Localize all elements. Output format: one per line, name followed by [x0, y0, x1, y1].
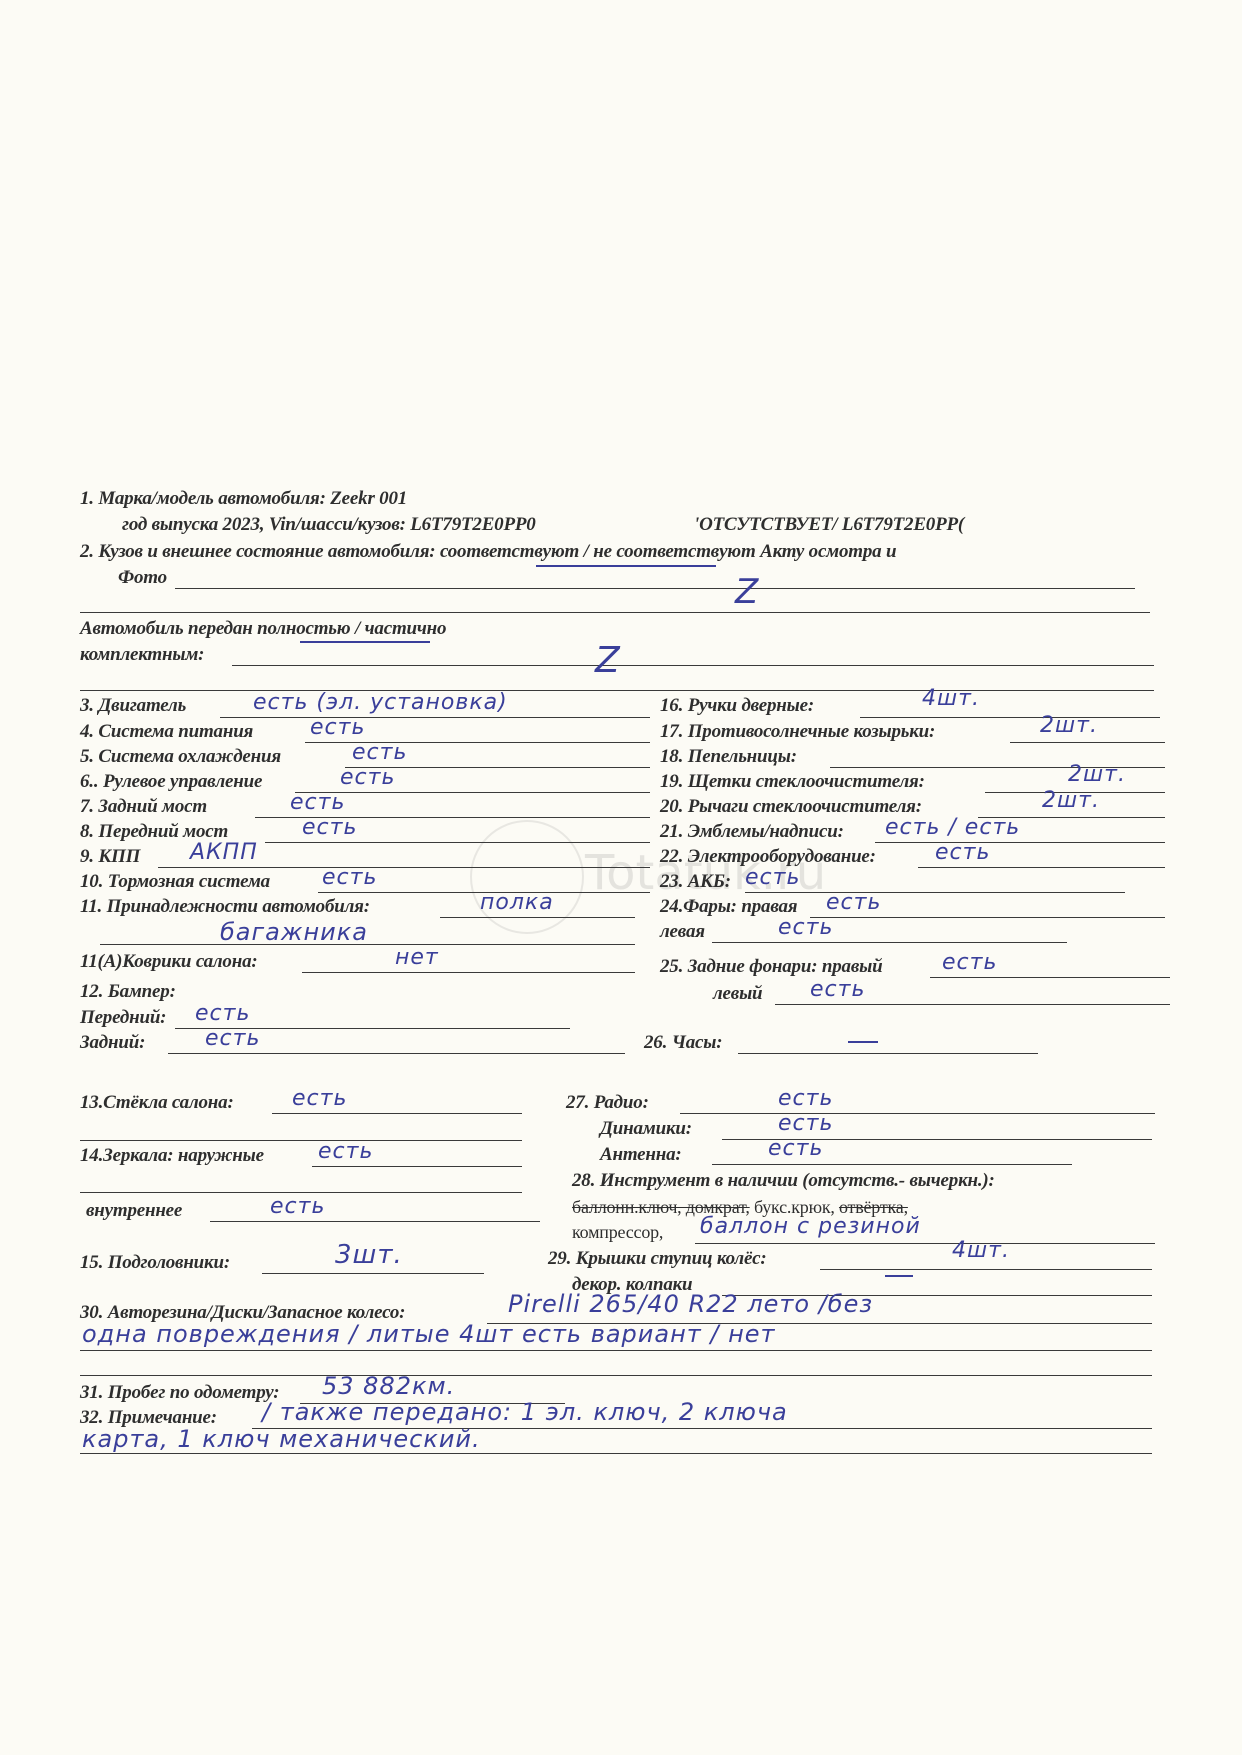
item-30-tires-value-2: одна повреждения / литые 4шт есть вариан…: [82, 1320, 776, 1348]
item-29-hubcaps: 29. Крышки ступиц колёс:: [548, 1248, 767, 1270]
item-16-door-handles: 16. Ручки дверные:: [660, 695, 814, 717]
item-11a-floor-mats-value: нет: [395, 945, 439, 970]
item-4-fuel-system: 4. Система питания: [80, 721, 253, 743]
item-1-vin-alt: 'ОТСУТСТВУЕТ/ L6T79T2E0PP(: [694, 514, 964, 536]
item-28-line: [695, 1243, 1155, 1244]
item-1-year-vin: год выпуска 2023, Vin/шасси/кузов: L6T79…: [122, 514, 536, 536]
item-14-mirrors-inner: внутреннее: [86, 1200, 182, 1222]
item-23-battery-value: есть: [745, 865, 800, 890]
item-23-battery: 23. АКБ:: [660, 871, 731, 893]
complete-line-2: [80, 690, 1154, 691]
item-14-mirrors-inner-value: есть: [270, 1194, 325, 1219]
item-13-line-2: [80, 1140, 522, 1141]
item-14-inner-line: [210, 1221, 540, 1222]
item-27-antenna: Антенна:: [600, 1144, 682, 1166]
item-5-cooling-system: 5. Система охлаждения: [80, 746, 281, 768]
item-19-wiper-blades: 19. Щетки стеклоочистителя:: [660, 771, 925, 793]
item-27-speakers: Динамики:: [600, 1118, 692, 1140]
item-24-right-line: [810, 917, 1165, 918]
item-9-gearbox: 9. КПП: [80, 846, 140, 868]
item-17-sun-visors-value: 2шт.: [1040, 713, 1098, 738]
item-23-line: [745, 892, 1125, 893]
item-31-odometer: 31. Пробег по одометру:: [80, 1382, 279, 1404]
item-31-odometer-value: 53 882км.: [322, 1372, 455, 1400]
item-22-line: [918, 867, 1165, 868]
item-12-rear-bumper-value: есть: [205, 1026, 260, 1051]
item-16-line: [860, 717, 1160, 718]
item-5-cooling-system-value: есть: [352, 740, 407, 765]
item-4-fuel-system-value: есть: [310, 715, 365, 740]
item-9-gearbox-value: АКПП: [190, 840, 258, 865]
item-17-sun-visors: 17. Противосолнечные козырьки:: [660, 721, 935, 743]
item-21-line: [875, 842, 1165, 843]
item-19-wiper-blades-value: 2шт.: [1068, 762, 1126, 787]
item-14-line-2: [80, 1192, 522, 1193]
complete-line: [232, 665, 1154, 666]
item-25-taillight-right: 25. Задние фонари: правый: [660, 956, 883, 978]
item-14-mirrors-outer: 14.Зеркала: наружные: [80, 1145, 264, 1167]
item-11-accessories-value: полка: [480, 890, 554, 915]
underline-full-ink: [300, 641, 430, 643]
foto-line-2: [80, 612, 1150, 613]
item-24-headlight-right-value: есть: [826, 890, 881, 915]
item-17-line: [1010, 742, 1165, 743]
item-3-line: [220, 717, 650, 718]
item-3-engine: 3. Двигатель: [80, 695, 186, 717]
item-11a-floor-mats: 11(А)Коврики салона:: [80, 951, 258, 973]
underline-conform-ink: [536, 565, 716, 567]
item-13-glass-value: есть: [292, 1086, 347, 1111]
item-1-make-model: 1. Марка/модель автомобиля: Zeekr 001: [80, 488, 407, 510]
item-32-line-2: [80, 1453, 1152, 1454]
item-14-outer-line: [312, 1166, 522, 1167]
item-13-line: [272, 1113, 522, 1114]
item-2-body-condition: 2. Кузов и внешнее состояние автомобиля:…: [80, 541, 896, 563]
item-30-tires-value-1: Pirelli 265/40 R22 лето /без: [508, 1290, 873, 1318]
item-32-note-value-1: / также передано: 1 эл. ключ, 2 ключа: [262, 1398, 788, 1426]
item-7-rear-axle: 7. Задний мост: [80, 796, 207, 818]
item-10-brakes-value: есть: [322, 865, 377, 890]
item-10-brakes: 10. Тормозная система: [80, 871, 270, 893]
item-6-steering-value: есть: [340, 765, 395, 790]
item-9-line: [158, 867, 650, 868]
item-29-line: [820, 1269, 1152, 1270]
item-8-front-axle-value: есть: [302, 815, 357, 840]
item-25-left-line: [775, 1004, 1170, 1005]
item-27-antenna-value: есть: [768, 1136, 823, 1161]
item-24-headlight-right: 24.Фары: правая: [660, 896, 797, 918]
item-27-speakers-value: есть: [778, 1111, 833, 1136]
item-12-bumper: 12. Бампер:: [80, 981, 176, 1003]
item-20-wiper-arms-value: 2шт.: [1042, 788, 1100, 813]
item-15-line: [262, 1273, 484, 1274]
item-8-line: [265, 842, 650, 843]
item-27-radio: 27. Радио:: [566, 1092, 649, 1114]
item-24-left-line: [712, 942, 1067, 943]
foto-line: [175, 588, 1135, 589]
item-12-rear-bumper: Задний:: [80, 1032, 145, 1054]
item-24-headlight-left-value: есть: [778, 915, 833, 940]
item-15-headrests: 15. Подголовники:: [80, 1252, 230, 1274]
item-11-line: [440, 917, 635, 918]
item-14-mirrors-outer-value: есть: [318, 1139, 373, 1164]
item-27-antenna-line: [712, 1164, 1072, 1165]
item-25-right-line: [930, 977, 1170, 978]
item-24-headlight-left: левая: [660, 921, 705, 943]
item-27-radio-value: есть: [778, 1086, 833, 1111]
complete-z-mark: Z: [595, 640, 621, 681]
item-28-tools-value: баллон с резиной: [700, 1214, 921, 1239]
item-22-electrical-value: есть: [935, 840, 990, 865]
item-28-tools-label: 28. Инструмент в наличии (отсутств.- выч…: [572, 1170, 995, 1192]
item-26-clock: 26. Часы:: [644, 1032, 722, 1054]
item-6-steering: 6.. Рулевое управление: [80, 771, 262, 793]
item-21-emblems: 21. Эмблемы/надписи:: [660, 821, 844, 843]
item-21-emblems-value: есть / есть: [885, 815, 1020, 840]
item-20-wiper-arms: 20. Рычаги стеклоочистителя:: [660, 796, 922, 818]
item-7-rear-axle-value: есть: [290, 790, 345, 815]
transfer-label: Автомобиль передан полностью / частично: [80, 618, 446, 640]
item-29-decor-dash: [885, 1275, 913, 1277]
item-13-glass: 13.Стёкла салона:: [80, 1092, 234, 1114]
item-18-ashtrays: 18. Пепельницы:: [660, 746, 797, 768]
item-30-line-3: [80, 1375, 1152, 1376]
item-11-line-2: [100, 944, 635, 945]
item-11a-line: [302, 972, 635, 973]
item-29-hubcaps-value: 4шт.: [952, 1238, 1010, 1263]
item-30-line-2: [80, 1350, 1152, 1351]
transfer-complete-label: комплектным:: [80, 644, 204, 666]
item-12-rear-line: [168, 1053, 625, 1054]
document-page: Totatuk.ru 1. Марка/модель автомобиля: Z…: [0, 0, 1242, 1755]
item-25-taillight-right-value: есть: [942, 950, 997, 975]
item-2-foto-label: Фото: [118, 567, 167, 589]
item-6-line: [295, 792, 650, 793]
item-25-taillight-left: левый: [713, 983, 762, 1005]
item-12-front-bumper: Передний:: [80, 1007, 166, 1029]
item-11-accessories: 11. Принадлежности автомобиля:: [80, 896, 370, 918]
item-26-line: [738, 1053, 1038, 1054]
item-3-engine-value: есть (эл. установка): [253, 690, 508, 715]
item-16-door-handles-value: 4шт.: [922, 686, 980, 711]
foto-z-mark: Z: [735, 572, 759, 612]
item-11-accessories-value-2: багажника: [220, 918, 368, 946]
item-25-taillight-left-value: есть: [810, 977, 865, 1002]
item-27-line: [680, 1113, 1155, 1114]
item-28-compressor: компрессор,: [572, 1222, 663, 1243]
item-32-note-value-2: карта, 1 ключ механический.: [82, 1425, 481, 1453]
item-26-clock-dash: [848, 1041, 878, 1043]
item-12-front-bumper-value: есть: [195, 1001, 250, 1026]
item-15-headrests-value: 3шт.: [335, 1240, 403, 1270]
